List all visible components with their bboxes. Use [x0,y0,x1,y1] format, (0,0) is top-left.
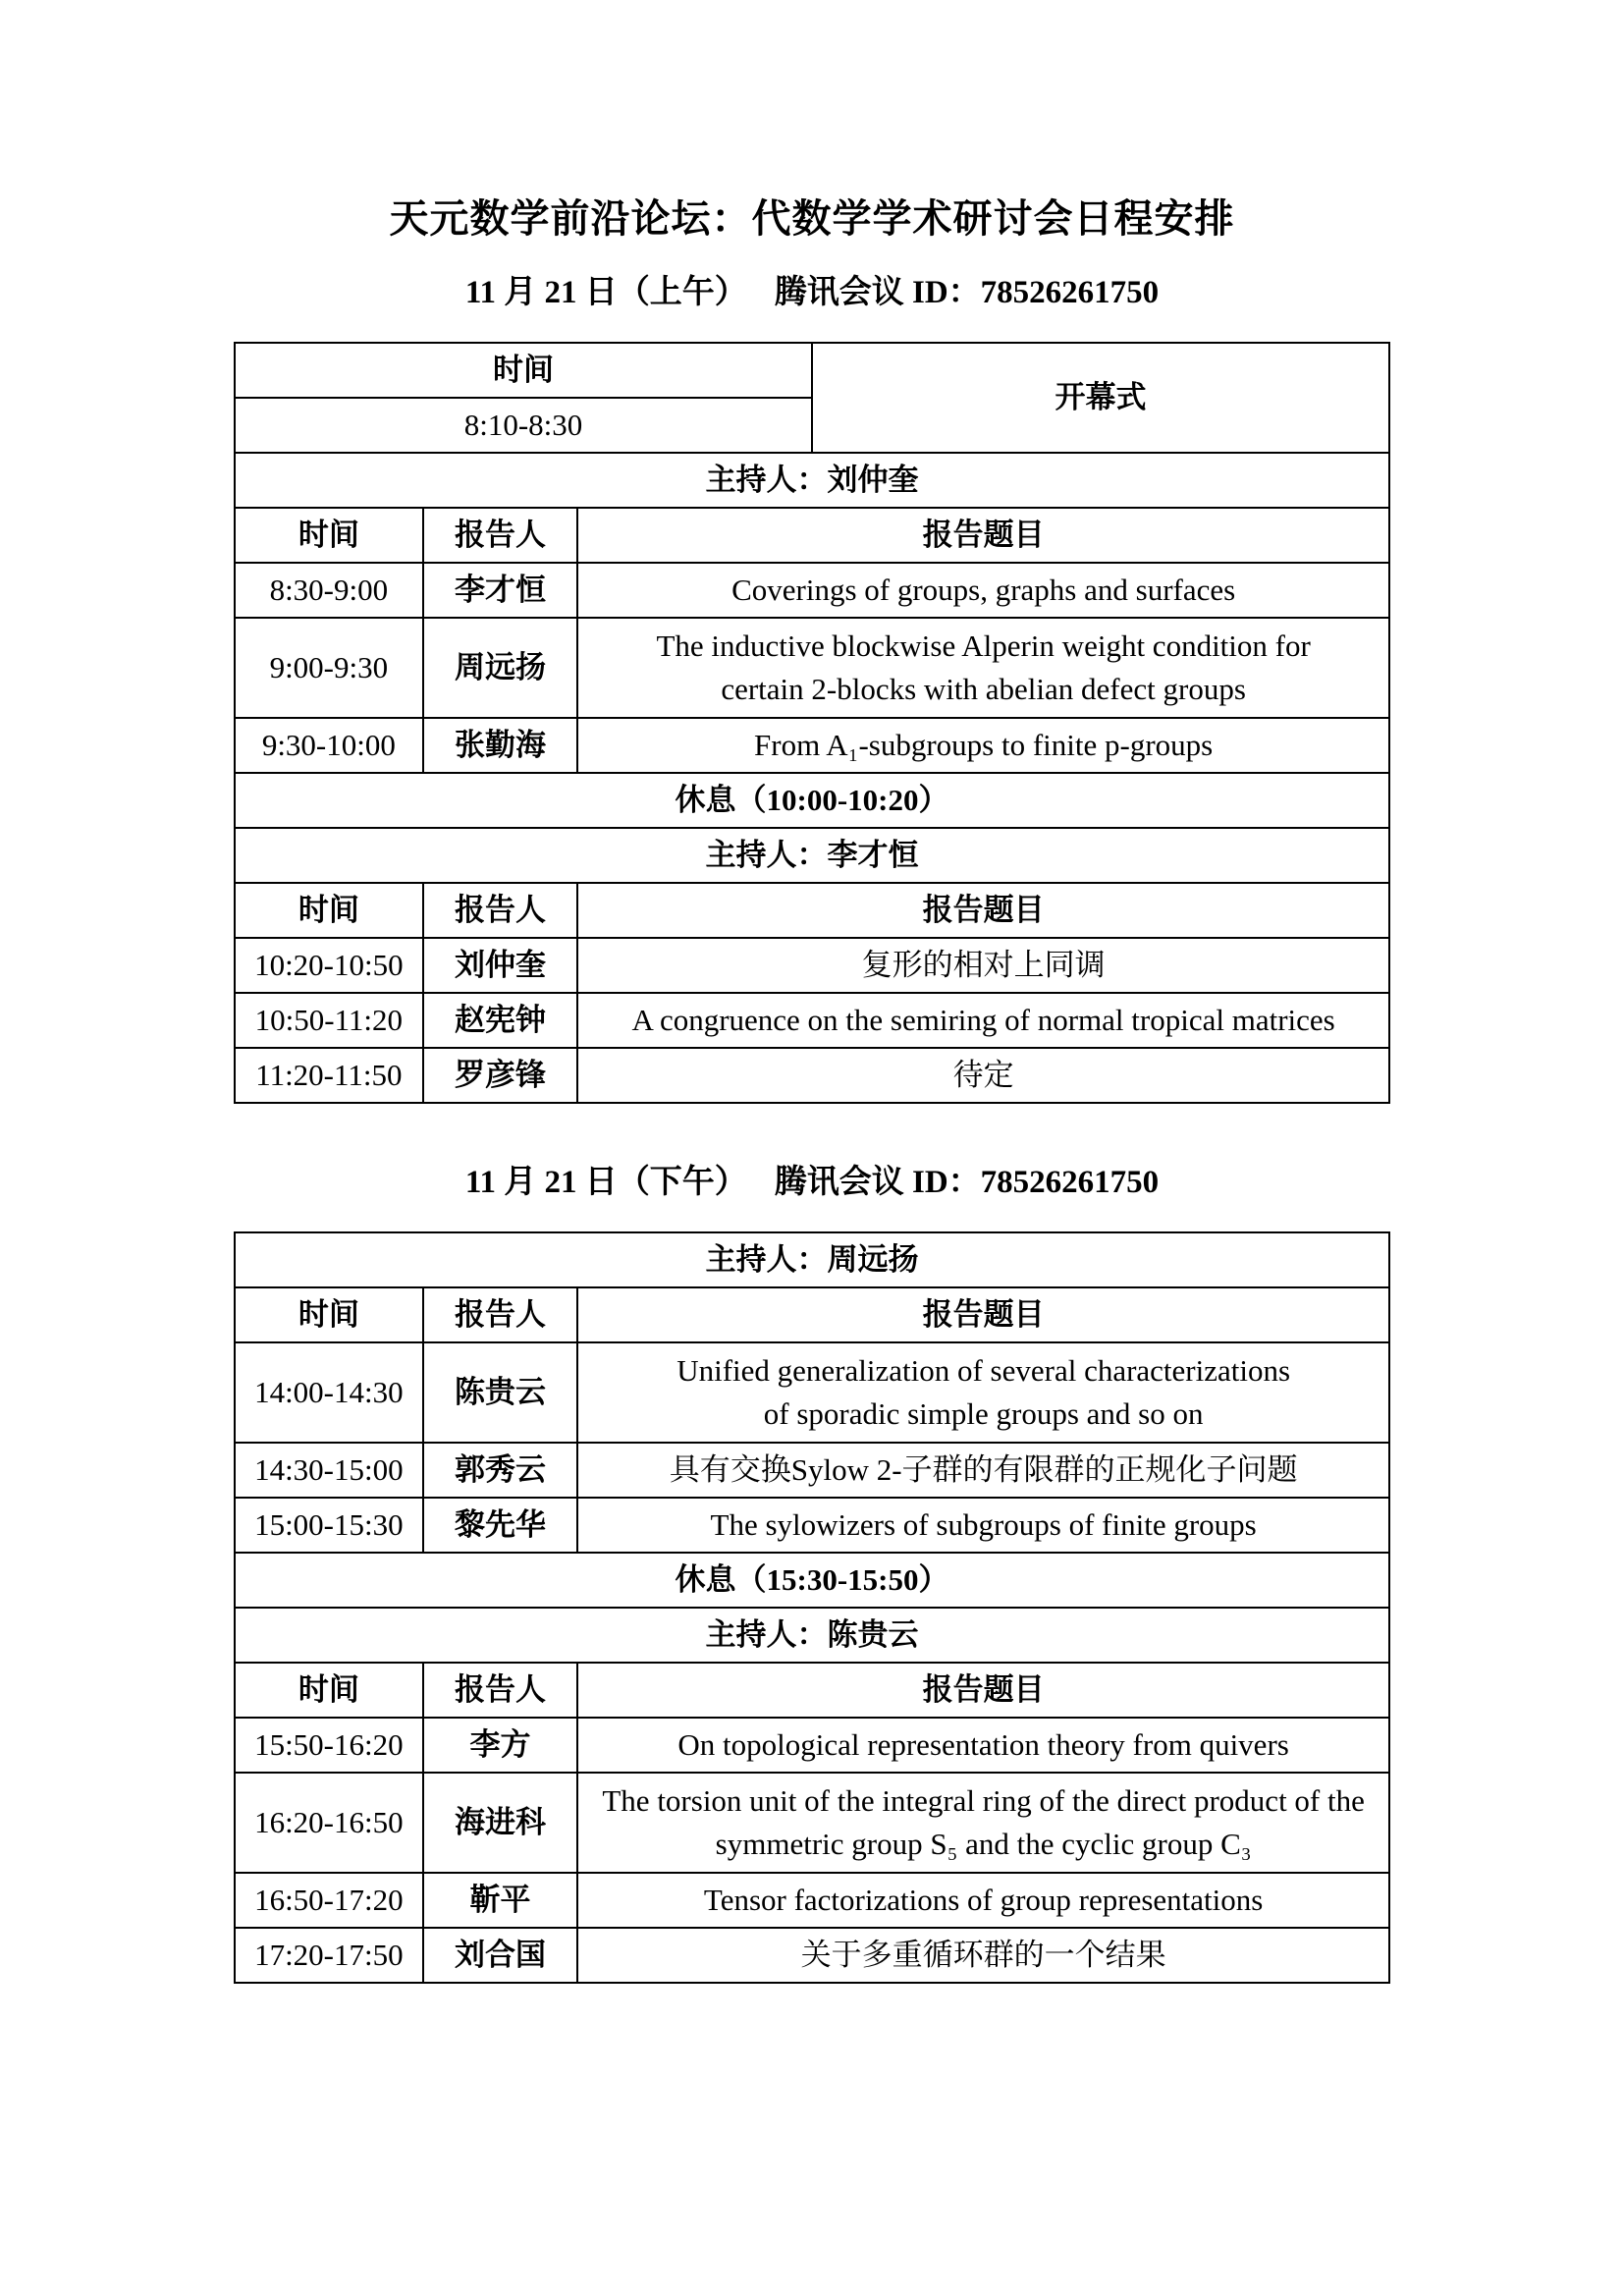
col-title-header: 报告题目 [577,508,1389,563]
col-title-header: 报告题目 [577,883,1389,938]
col-title-header: 报告题目 [577,1663,1389,1718]
talk-speaker-cell: 李方 [423,1718,578,1773]
talk-title-cell: The sylowizers of subgroups of finite gr… [577,1498,1389,1553]
talk-speaker-cell: 郭秀云 [423,1443,578,1498]
chair-row: 主持人：李才恒 [235,828,1389,883]
talk-title-line: of sporadic simple groups and so on [588,1393,1379,1436]
talk-speaker-cell: 李才恒 [423,563,578,618]
col-speaker-header: 报告人 [423,1663,578,1718]
chair-cell: 主持人：刘仲奎 [235,453,1389,508]
column-header-row: 时间报告人报告题目 [235,1663,1389,1718]
talk-speaker-cell: 靳平 [423,1873,578,1928]
break-row: 休息（10:00-10:20） [235,773,1389,828]
break-cell: 休息（15:30-15:50） [235,1553,1389,1608]
session-afternoon: 11 月 21 日（下午）腾讯会议 ID：78526261750 主持人：周远扬… [234,1161,1390,1984]
talk-time-cell: 15:00-15:30 [235,1498,423,1553]
session-heading: 11 月 21 日（下午）腾讯会议 ID：78526261750 [234,1161,1390,1204]
talk-time-cell: 17:20-17:50 [235,1928,423,1983]
opening-time-label-cell: 时间 [235,343,812,398]
session-tbody-1: 时间开幕式8:10-8:30主持人：刘仲奎时间报告人报告题目8:30-9:00李… [235,343,1389,1103]
talk-title-line: 具有交换Sylow 2-子群的有限群的正规化子问题 [588,1449,1379,1492]
talk-time-cell: 9:00-9:30 [235,618,423,718]
talk-title-line: 复形的相对上同调 [588,944,1379,987]
talk-title-line: The inductive blockwise Alperin weight c… [588,625,1379,668]
talk-time-cell: 15:50-16:20 [235,1718,423,1773]
talk-title-cell: 复形的相对上同调 [577,938,1389,993]
opening-row: 时间开幕式 [235,343,1389,398]
col-speaker-header: 报告人 [423,883,578,938]
talk-title-cell: The torsion unit of the integral ring of… [577,1773,1389,1873]
session-date: 11 月 21 日（下午） [465,1165,747,1200]
opening-event-cell: 开幕式 [812,343,1389,453]
talk-title-line: A congruence on the semiring of normal t… [588,999,1379,1042]
column-header-row: 时间报告人报告题目 [235,1287,1389,1342]
talk-time-cell: 10:50-11:20 [235,993,423,1048]
talk-title-line: On topological representation theory fro… [588,1723,1379,1767]
talk-title-cell: 具有交换Sylow 2-子群的有限群的正规化子问题 [577,1443,1389,1498]
talk-title-cell: A congruence on the semiring of normal t… [577,993,1389,1048]
column-header-row: 时间报告人报告题目 [235,508,1389,563]
talk-row: 16:50-17:20靳平Tensor factorizations of gr… [235,1873,1389,1928]
talk-time-cell: 10:20-10:50 [235,938,423,993]
talk-title-line: Tensor factorizations of group represent… [588,1879,1379,1922]
talk-row: 14:30-15:00郭秀云具有交换Sylow 2-子群的有限群的正规化子问题 [235,1443,1389,1498]
talk-title-line: symmetric group S₅ and the cyclic group … [588,1823,1379,1866]
talk-speaker-cell: 罗彦锋 [423,1048,578,1103]
talk-speaker-cell: 黎先华 [423,1498,578,1553]
talk-time-cell: 16:50-17:20 [235,1873,423,1928]
talk-row: 8:30-9:00李才恒Coverings of groups, graphs … [235,563,1389,618]
session-table-1: 时间开幕式8:10-8:30主持人：刘仲奎时间报告人报告题目8:30-9:00李… [234,342,1390,1104]
talk-time-cell: 8:30-9:00 [235,563,423,618]
col-time-header: 时间 [235,1663,423,1718]
talk-title-line: certain 2-blocks with abelian defect gro… [588,668,1379,711]
talk-row: 15:00-15:30黎先华The sylowizers of subgroup… [235,1498,1389,1553]
talk-title-cell: The inductive blockwise Alperin weight c… [577,618,1389,718]
talk-time-cell: 16:20-16:50 [235,1773,423,1873]
talk-title-cell: Tensor factorizations of group represent… [577,1873,1389,1928]
talk-row: 11:20-11:50罗彦锋待定 [235,1048,1389,1103]
chair-row: 主持人：周远扬 [235,1232,1389,1287]
session-heading: 11 月 21 日（上午）腾讯会议 ID：78526261750 [234,271,1390,314]
talk-row: 10:20-10:50刘仲奎复形的相对上同调 [235,938,1389,993]
talk-row: 16:20-16:50海进科The torsion unit of the in… [235,1773,1389,1873]
talk-speaker-cell: 刘合国 [423,1928,578,1983]
talk-row: 9:00-9:30周远扬The inductive blockwise Alpe… [235,618,1389,718]
talk-title-line: The torsion unit of the integral ring of… [588,1779,1379,1823]
talk-speaker-cell: 陈贵云 [423,1342,578,1443]
talk-title-line: From A₁-subgroups to finite p-groups [588,724,1379,767]
session-meeting-id: 腾讯会议 ID：78526261750 [775,1165,1159,1200]
talk-title-cell: From A₁-subgroups to finite p-groups [577,718,1389,773]
talk-title-line: 关于多重循环群的一个结果 [588,1934,1379,1977]
talk-row: 14:00-14:30陈贵云Unified generalization of … [235,1342,1389,1443]
talk-title-line: Unified generalization of several charac… [588,1349,1379,1393]
col-speaker-header: 报告人 [423,1287,578,1342]
talk-title-cell: Unified generalization of several charac… [577,1342,1389,1443]
page-title: 天元数学前沿论坛：代数学学术研讨会日程安排 [234,192,1390,246]
session-meeting-id: 腾讯会议 ID：78526261750 [775,275,1159,310]
talk-time-cell: 11:20-11:50 [235,1048,423,1103]
talk-title-line: The sylowizers of subgroups of finite gr… [588,1503,1379,1547]
col-speaker-header: 报告人 [423,508,578,563]
talk-title-line: 待定 [588,1054,1379,1097]
talk-time-cell: 14:30-15:00 [235,1443,423,1498]
col-time-header: 时间 [235,508,423,563]
talk-title-cell: Coverings of groups, graphs and surfaces [577,563,1389,618]
talk-title-cell: 待定 [577,1048,1389,1103]
chair-cell: 主持人：周远扬 [235,1232,1389,1287]
talk-time-cell: 14:00-14:30 [235,1342,423,1443]
chair-row: 主持人：刘仲奎 [235,453,1389,508]
talk-row: 10:50-11:20赵宪钟A congruence on the semiri… [235,993,1389,1048]
talk-title-line: Coverings of groups, graphs and surfaces [588,569,1379,612]
chair-cell: 主持人：李才恒 [235,828,1389,883]
talk-speaker-cell: 海进科 [423,1773,578,1873]
opening-time-value-cell: 8:10-8:30 [235,398,812,453]
talk-row: 15:50-16:20李方On topological representati… [235,1718,1389,1773]
talk-speaker-cell: 张勤海 [423,718,578,773]
talk-title-cell: 关于多重循环群的一个结果 [577,1928,1389,1983]
session-date: 11 月 21 日（上午） [465,275,747,310]
document-page: 天元数学前沿论坛：代数学学术研讨会日程安排 11 月 21 日（上午）腾讯会议 … [0,0,1623,2296]
talk-title-cell: On topological representation theory fro… [577,1718,1389,1773]
session-table-2: 主持人：周远扬时间报告人报告题目14:00-14:30陈贵云Unified ge… [234,1231,1390,1984]
talk-row: 9:30-10:00张勤海From A₁-subgroups to finite… [235,718,1389,773]
break-row: 休息（15:30-15:50） [235,1553,1389,1608]
talk-speaker-cell: 刘仲奎 [423,938,578,993]
talk-time-cell: 9:30-10:00 [235,718,423,773]
col-title-header: 报告题目 [577,1287,1389,1342]
talk-speaker-cell: 周远扬 [423,618,578,718]
session-tbody-2: 主持人：周远扬时间报告人报告题目14:00-14:30陈贵云Unified ge… [235,1232,1389,1983]
chair-cell: 主持人：陈贵云 [235,1608,1389,1663]
column-header-row: 时间报告人报告题目 [235,883,1389,938]
chair-row: 主持人：陈贵云 [235,1608,1389,1663]
col-time-header: 时间 [235,1287,423,1342]
talk-row: 17:20-17:50刘合国关于多重循环群的一个结果 [235,1928,1389,1983]
col-time-header: 时间 [235,883,423,938]
talk-speaker-cell: 赵宪钟 [423,993,578,1048]
session-morning: 11 月 21 日（上午）腾讯会议 ID：78526261750 时间开幕式8:… [234,271,1390,1104]
break-cell: 休息（10:00-10:20） [235,773,1389,828]
